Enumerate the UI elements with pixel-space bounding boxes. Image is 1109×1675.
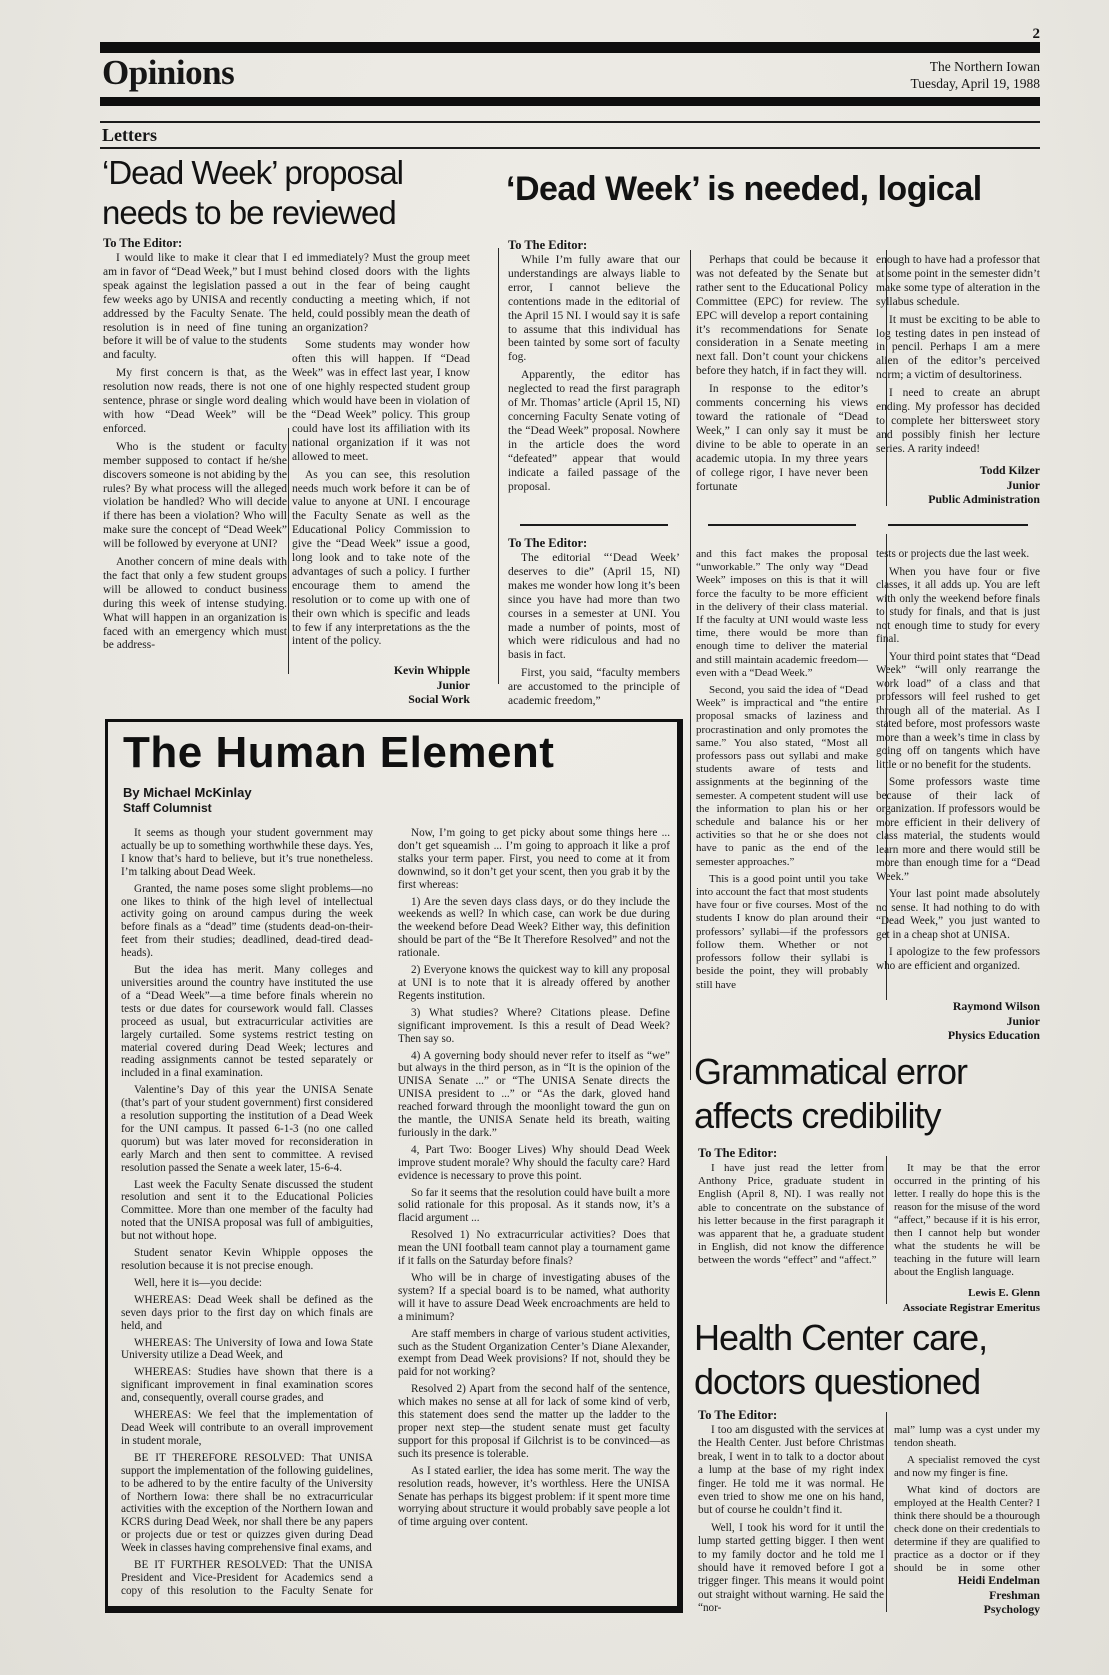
human-element-column-1: It seems as though your student governme…	[121, 827, 373, 1599]
byline: By Michael McKinlay	[123, 785, 252, 800]
letter3-column-3: tests or projects due the last week.When…	[876, 548, 1040, 990]
letter4-column-1: I have just read the letter from Anthony…	[698, 1162, 884, 1310]
header-top-bar	[100, 42, 1040, 53]
letters-rule-bottom	[100, 147, 1040, 149]
issue-date: Tuesday, April 19, 1988	[780, 76, 1040, 92]
letter2-column-3: enough to have had a professor that at s…	[876, 254, 1040, 462]
newspaper-page: 2 Opinions The Northern Iowan Tuesday, A…	[0, 0, 1109, 1675]
letter4-signature: Lewis E. GlennAssociate Registrar Emerit…	[894, 1286, 1040, 1315]
letter1-column-2: ed immediately? Must the group meet behi…	[292, 252, 470, 660]
letter3-signature: Raymond WilsonJuniorPhysics Education	[876, 999, 1040, 1043]
column-rule	[498, 248, 499, 684]
column-rule	[886, 1156, 887, 1304]
letter3-salutation: To The Editor:	[508, 536, 587, 551]
letter5-column-1: I too am disgusted with the services at …	[698, 1424, 884, 1636]
column-rule	[886, 1412, 887, 1612]
letter2-salutation: To The Editor:	[508, 238, 587, 253]
header-bottom-bar	[100, 97, 1040, 106]
letter2-headline: ‘Dead Week’ is needed, logical	[506, 170, 1040, 208]
letter5-signature: Heidi EndelmanFreshmanPsychology	[894, 1573, 1040, 1617]
letter4-salutation: To The Editor:	[698, 1146, 777, 1161]
letter3-column-1: The editorial “‘Dead Week’ deserves to d…	[508, 552, 680, 710]
letter-divider	[888, 524, 1028, 526]
letter4-column-2: It may be that the error occurred in the…	[894, 1162, 1040, 1284]
letter1-signature: Kevin WhippleJuniorSocial Work	[292, 663, 470, 707]
letters-rule-top	[100, 121, 1040, 123]
letter2-signature: Todd KilzerJuniorPublic Administration	[876, 463, 1040, 507]
letters-label: Letters	[102, 125, 157, 146]
letter2-column-1: While I’m fully aware that our understan…	[508, 254, 680, 516]
newspaper-name: The Northern Iowan	[780, 59, 1040, 75]
letter5-salutation: To The Editor:	[698, 1408, 777, 1423]
byline-role: Staff Columnist	[123, 801, 212, 815]
letter3-column-2: and this fact makes the proposal “unwork…	[696, 548, 868, 1018]
letter-divider	[708, 524, 856, 526]
letter5-column-2: mal” lump was a cyst under my tendon she…	[894, 1424, 1040, 1572]
letter4-headline: Grammatical error affects credibility	[694, 1050, 1046, 1138]
letter1-headline: ‘Dead Week’ proposal needs to be reviewe…	[102, 153, 476, 233]
letter-divider	[520, 524, 668, 526]
column-title: The Human Element	[123, 728, 554, 778]
letter5-headline: Health Center care, doctors questioned	[694, 1316, 1046, 1404]
letter2-column-2: Perhaps that could be because it was not…	[696, 254, 868, 516]
page-number: 2	[960, 26, 1040, 43]
column-rule	[288, 428, 289, 674]
section-title: Opinions	[102, 53, 234, 93]
letter1-salutation: To The Editor:	[103, 236, 182, 251]
letter1-column-1: I would like to make it clear that I am …	[103, 252, 287, 704]
human-element-column-2: Now, I’m going to get picky about some t…	[398, 827, 670, 1599]
column-rule	[690, 250, 691, 1080]
